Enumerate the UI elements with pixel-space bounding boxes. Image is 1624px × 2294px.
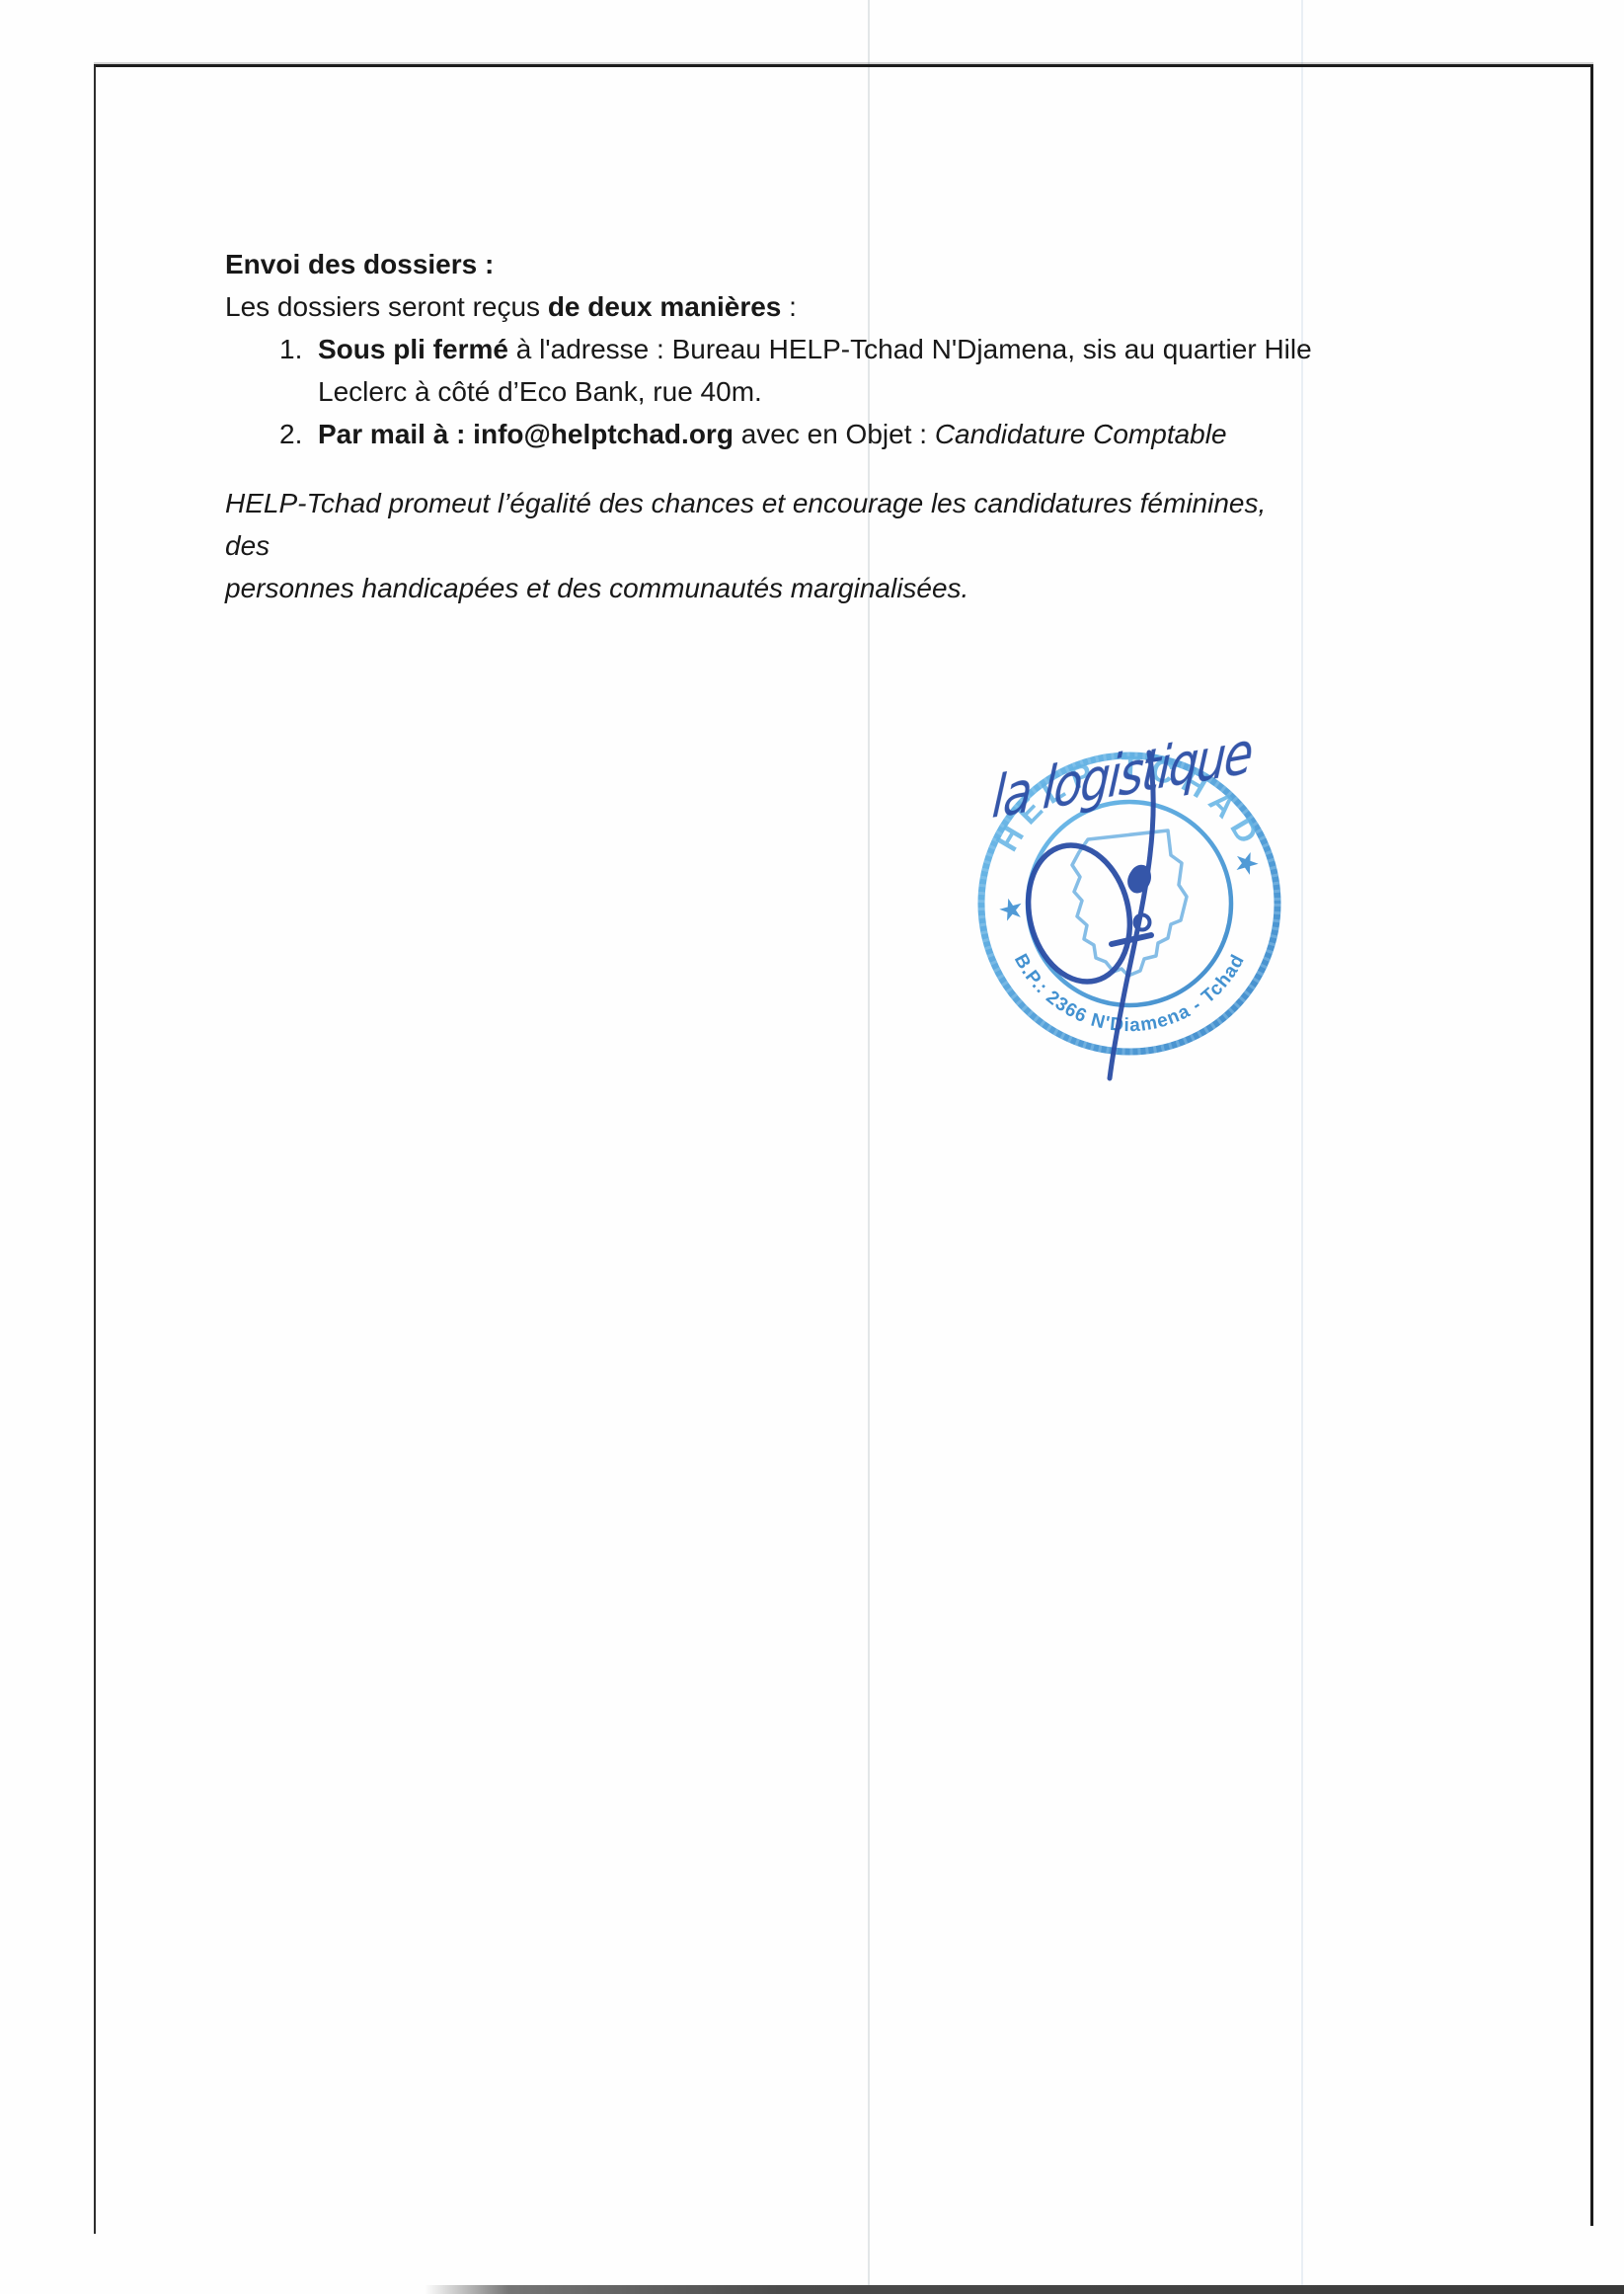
text-run: avec en Objet : bbox=[734, 419, 935, 449]
text-run: HELP-Tchad promeut l’égalité des chances… bbox=[225, 488, 1266, 561]
section-heading: Envoi des dossiers : bbox=[225, 243, 1370, 285]
scanned-page: Envoi des dossiers : Les dossiers seront… bbox=[0, 0, 1624, 2294]
intro-suffix: : bbox=[781, 291, 797, 322]
italic-run: Candidature Comptable bbox=[935, 419, 1227, 449]
signature-ink-blob bbox=[1127, 865, 1151, 894]
text-run: Leclerc à côté d’Eco Bank, rue 40m. bbox=[318, 376, 762, 407]
equality-statement: HELP-Tchad promeut l’égalité des chances… bbox=[225, 482, 1311, 609]
intro-text: Les dossiers seront reçus bbox=[225, 291, 548, 322]
page-border-top bbox=[94, 64, 1593, 67]
list-number: 2. bbox=[279, 413, 318, 455]
star-icon-left: ★ bbox=[994, 891, 1029, 929]
page-border-right bbox=[1590, 65, 1593, 2226]
list-item-text: Par mail à : info@helptchad.org avec en … bbox=[318, 413, 1340, 455]
organization-stamp: HELP TCHAD B.P.: 2366 N'Diamena - Tchad … bbox=[928, 691, 1353, 1116]
intro-line: Les dossiers seront reçus de deux manièr… bbox=[225, 285, 1370, 328]
star-icon-right: ★ bbox=[1228, 843, 1265, 883]
list-number: 1. bbox=[279, 328, 318, 413]
intro-bold-text: de deux manières bbox=[548, 291, 782, 322]
bold-run: Par mail à : info@helptchad.org bbox=[318, 419, 734, 449]
page-border-left bbox=[94, 65, 96, 2234]
bold-run: Sous pli fermé bbox=[318, 334, 508, 364]
list-item-2: 2. Par mail à : info@helptchad.org avec … bbox=[279, 413, 1370, 455]
list-item-text: Sous pli fermé à l'adresse : Bureau HELP… bbox=[318, 328, 1340, 413]
document-body: Envoi des dossiers : Les dossiers seront… bbox=[225, 243, 1370, 609]
scanner-edge-shadow bbox=[425, 2285, 1624, 2294]
text-run: personnes handicapées et des communautés… bbox=[225, 573, 968, 603]
text-run: à l'adresse : Bureau HELP-Tchad N'Djamen… bbox=[508, 334, 1312, 364]
list-item-1: 1. Sous pli fermé à l'adresse : Bureau H… bbox=[279, 328, 1370, 413]
